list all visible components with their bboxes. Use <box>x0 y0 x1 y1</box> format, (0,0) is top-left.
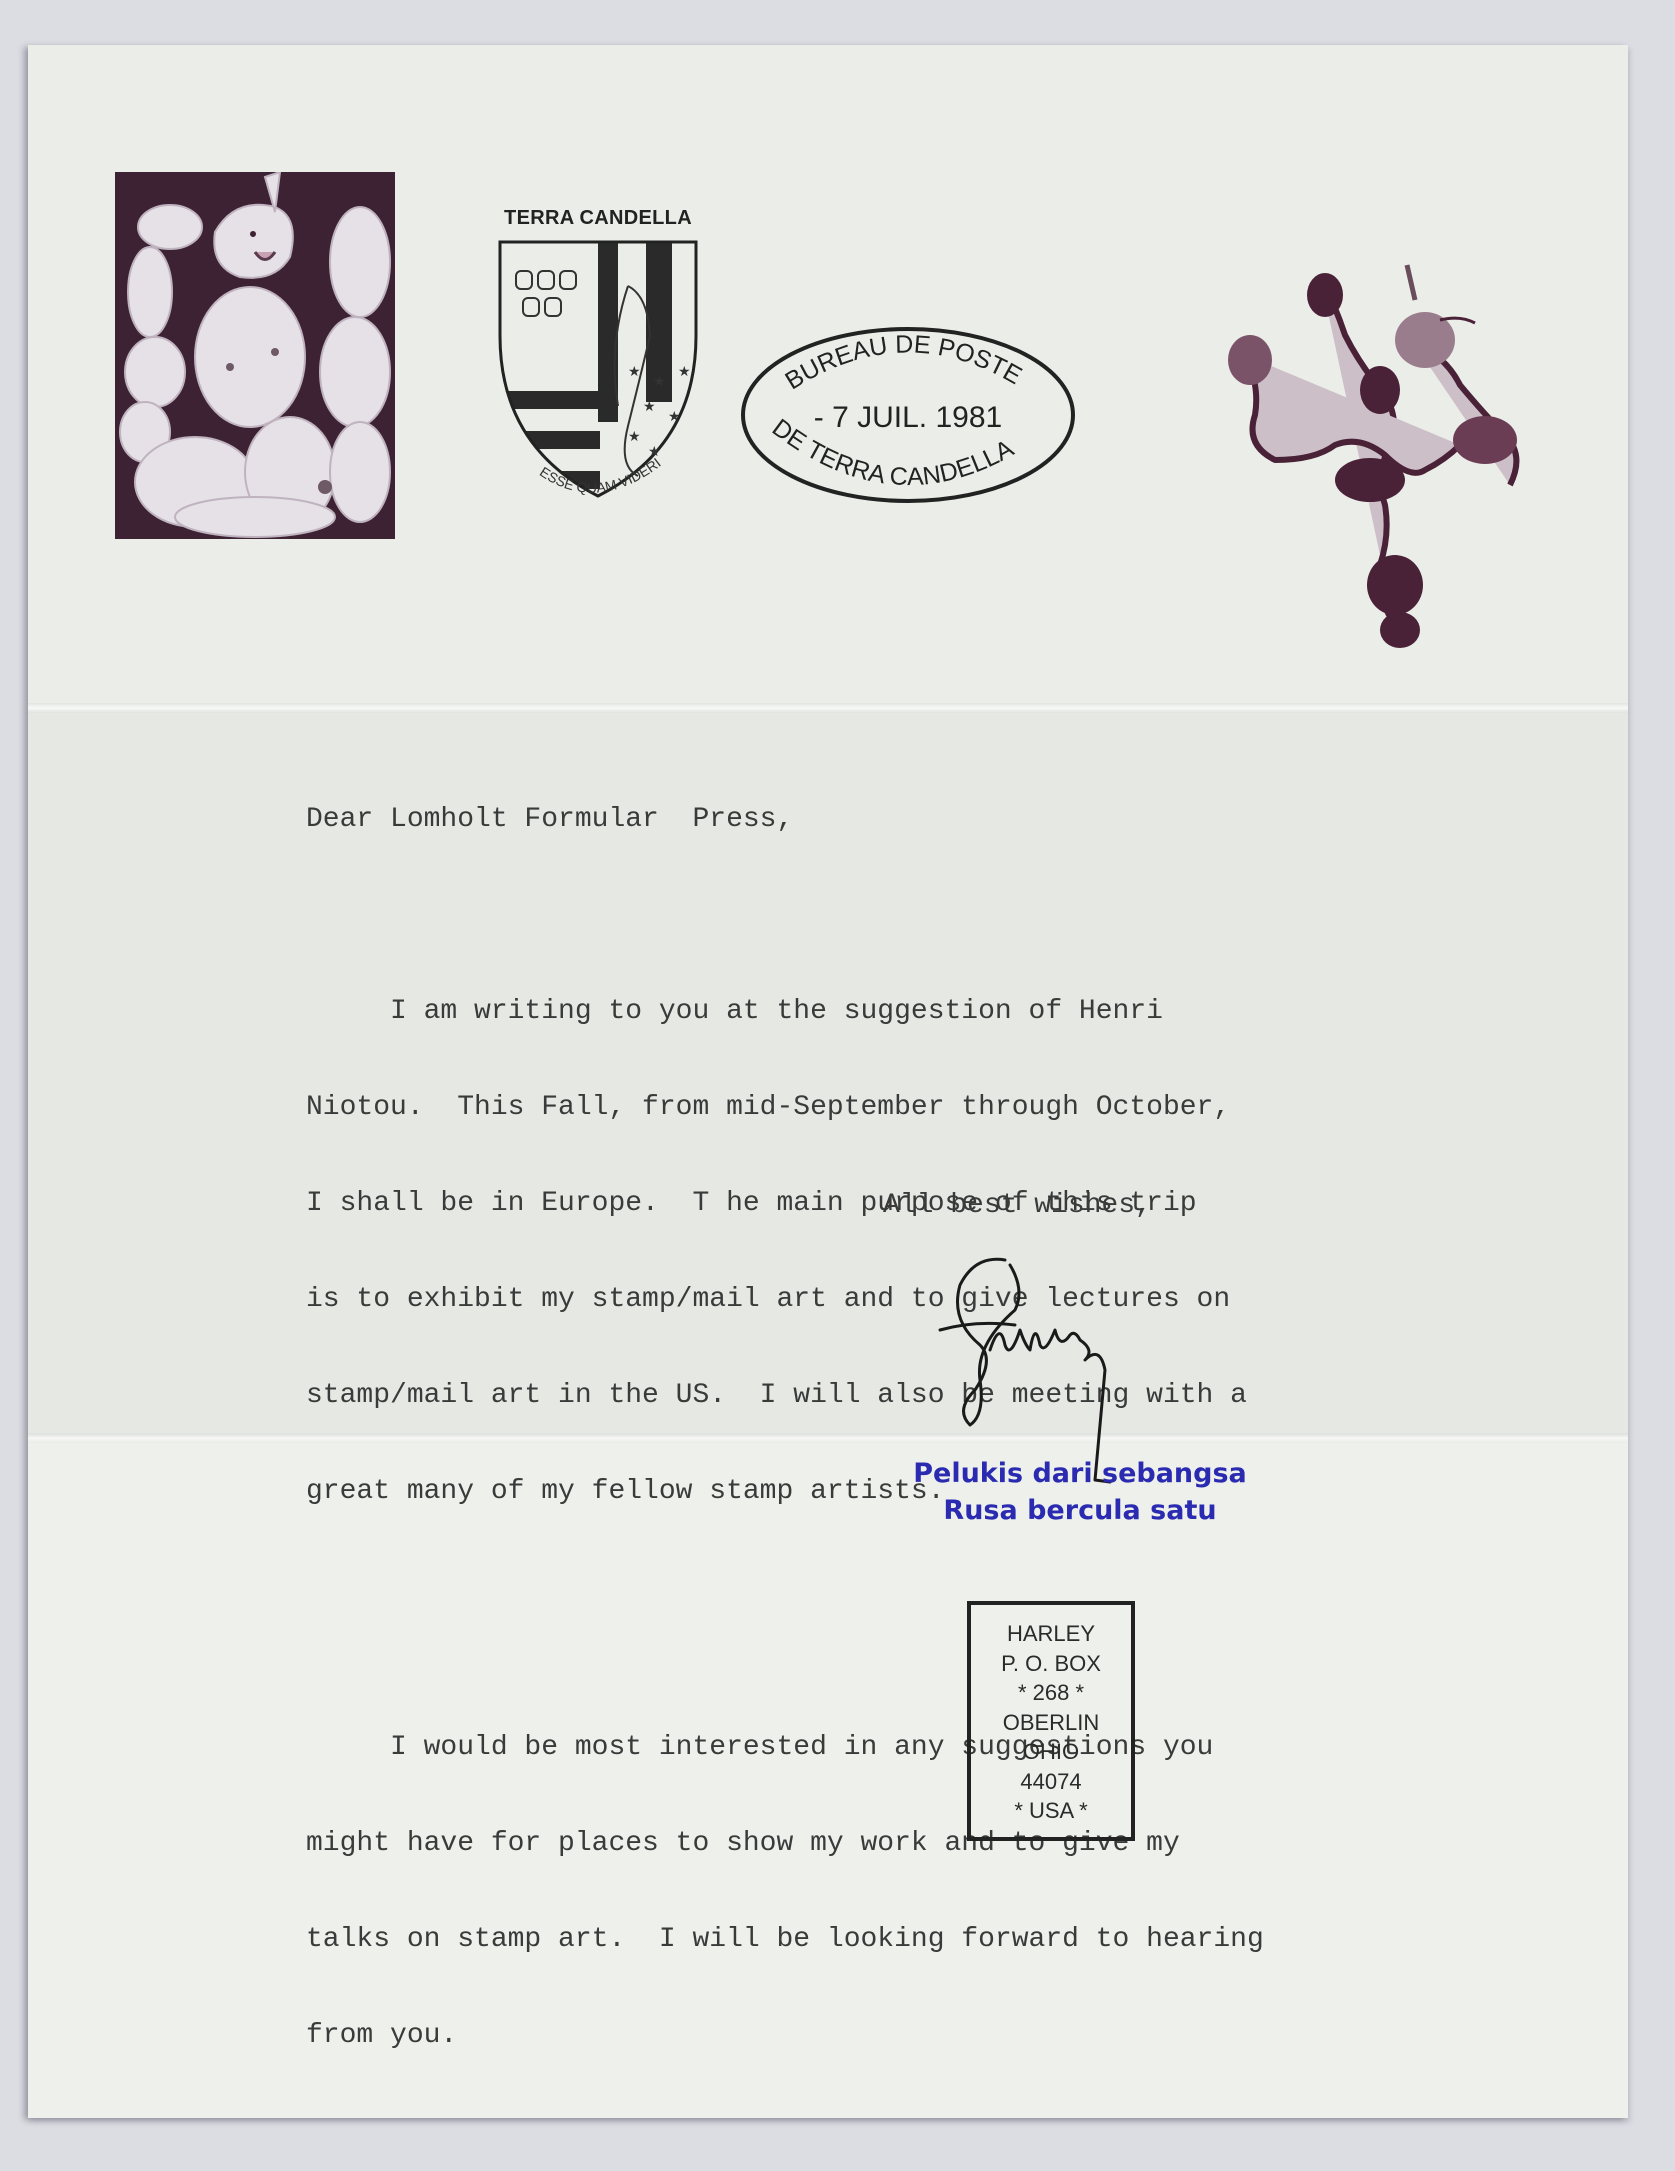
address-stamp: HARLEY P. O. BOX * 268 * OBERLIN OHIO 44… <box>967 1601 1135 1841</box>
address-line: 44074 <box>971 1767 1131 1797</box>
fold-line-upper <box>28 703 1628 713</box>
letter-line: is to exhibit my stamp/mail art and to g… <box>306 1284 1486 1316</box>
closing: All best wishes, <box>883 1190 1152 1221</box>
terra-candella-crest: ★★★ ★★★ ★ ESSE QUAM VIDERI <box>478 226 718 516</box>
svg-text:★: ★ <box>628 429 641 445</box>
signature <box>935 1250 1175 1485</box>
letter-line: I would be most interested in any sugges… <box>306 1732 1486 1764</box>
paragraph-2: I would be most interested in any sugges… <box>306 1668 1486 2116</box>
creature-relief-icon <box>115 172 395 539</box>
svg-text:★: ★ <box>628 364 641 380</box>
handwritten-signature-icon <box>935 1250 1175 1485</box>
address-line: * 268 * <box>971 1678 1131 1708</box>
address-line: P. O. BOX <box>971 1649 1131 1679</box>
salutation: Dear Lomholt Formular Press, <box>306 804 1486 836</box>
crest-motto: ESSE QUAM VIDERI <box>537 455 664 496</box>
horned-creature-icon <box>1185 245 1545 655</box>
svg-text:★: ★ <box>668 409 681 425</box>
postmark-date: - 7 JUIL. 1981 <box>814 401 1002 434</box>
horned-creature-drawing <box>1185 245 1545 655</box>
letter-line: Niotou. This Fall, from mid-September th… <box>306 1092 1486 1124</box>
postmark-stamp: BUREAU DE POSTE - 7 JUIL. 1981 DE TERRA … <box>738 315 1078 515</box>
handwritten-caption: Pelukis dari sebangsa Rusa bercula satu <box>880 1455 1280 1529</box>
svg-text:★: ★ <box>678 364 691 380</box>
address-line: HARLEY <box>971 1619 1131 1649</box>
letter-line: stamp/mail art in the US. I will also be… <box>306 1380 1486 1412</box>
letter-line: talks on stamp art. I will be looking fo… <box>306 1924 1486 1956</box>
svg-text:★: ★ <box>653 374 666 390</box>
letter-line: from you. <box>306 2020 1486 2052</box>
creature-relief-artwork <box>115 172 395 539</box>
letter-line: might have for places to show my work an… <box>306 1828 1486 1860</box>
address-line: OHIO <box>971 1737 1131 1767</box>
address-line: OBERLIN <box>971 1708 1131 1738</box>
caption-line-2: Rusa bercula satu <box>880 1492 1280 1529</box>
letter-body: Dear Lomholt Formular Press, I am writin… <box>306 740 1486 2148</box>
svg-text:★: ★ <box>643 399 656 415</box>
address-line: * USA * <box>971 1796 1131 1826</box>
letter-line: I am writing to you at the suggestion of… <box>306 996 1486 1028</box>
caption-line-1: Pelukis dari sebangsa <box>880 1455 1280 1492</box>
oval-postmark-icon: BUREAU DE POSTE - 7 JUIL. 1981 DE TERRA … <box>738 315 1078 515</box>
shield-icon: ★★★ ★★★ ★ ESSE QUAM VIDERI <box>478 226 718 516</box>
